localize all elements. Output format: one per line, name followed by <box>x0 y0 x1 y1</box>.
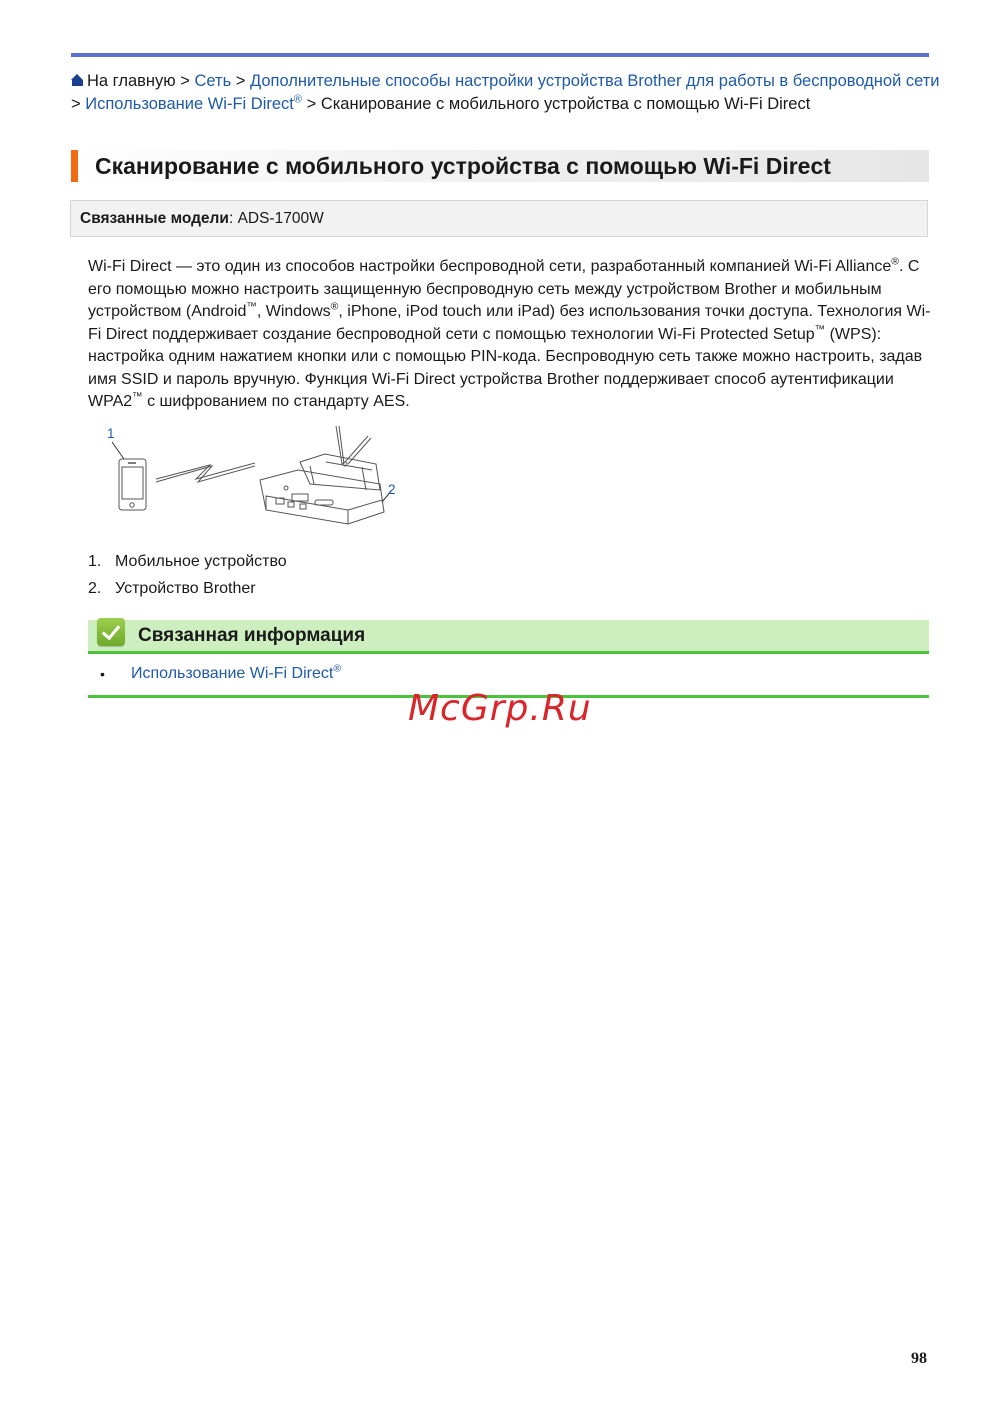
callout-1: 1 <box>107 426 115 441</box>
list-item: Использование Wi-Fi Direct® <box>113 663 341 685</box>
scanner-icon <box>260 426 392 524</box>
trademark-mark: ™ <box>246 301 257 313</box>
breadcrumb-network[interactable]: Сеть <box>194 72 231 90</box>
page-title-bar: Сканирование с мобильного устройства с п… <box>71 150 929 182</box>
related-models-value: ADS-1700W <box>238 210 324 227</box>
breadcrumb-separator: > <box>180 72 190 90</box>
registered-mark: ® <box>333 663 341 675</box>
breadcrumb-separator: > <box>307 95 317 113</box>
related-models-label: Связанные модели <box>80 210 229 227</box>
diagram-legend: 1.Мобильное устройство 2.Устройство Brot… <box>88 548 287 602</box>
breadcrumb-current: Сканирование с мобильного устройства с п… <box>321 95 811 113</box>
mobile-phone-icon <box>112 442 146 510</box>
wifi-direct-diagram: 1 2 <box>100 422 410 540</box>
callout-2: 2 <box>388 482 396 497</box>
title-accent-bar <box>71 150 78 182</box>
related-link-label: Использование Wi-Fi Direct <box>131 665 333 682</box>
check-icon <box>97 618 125 646</box>
page-title: Сканирование с мобильного устройства с п… <box>95 151 831 181</box>
registered-mark: ® <box>294 94 302 106</box>
breadcrumb-home[interactable]: На главную <box>87 72 176 90</box>
diagram-illustration <box>100 422 410 540</box>
legend-label: Мобильное устройство <box>115 553 287 570</box>
text-fragment: с шифрованием по стандарту AES. <box>143 393 410 410</box>
legend-number: 1. <box>88 548 115 575</box>
legend-item: 1.Мобильное устройство <box>88 548 287 575</box>
related-link-use-wifi-direct[interactable]: Использование Wi-Fi Direct® <box>131 665 341 682</box>
page-number: 98 <box>911 1350 927 1368</box>
breadcrumb-use-wifi-direct[interactable]: Использование Wi-Fi Direct® <box>85 95 302 113</box>
legend-number: 2. <box>88 575 115 602</box>
breadcrumb-advanced-wireless-setup[interactable]: Дополнительные способы настройки устройс… <box>250 72 940 90</box>
breadcrumb-separator: > <box>71 95 81 113</box>
top-rule <box>71 53 929 57</box>
related-info-header: Связанная информация <box>88 620 929 654</box>
related-models-separator: : <box>229 210 238 227</box>
related-models-box: Связанные модели: ADS-1700W <box>70 200 928 237</box>
breadcrumb-separator: > <box>236 72 246 90</box>
breadcrumb-use-wifi-direct-label: Использование Wi-Fi Direct <box>85 95 294 113</box>
description-paragraph: Wi-Fi Direct — это один из способов наст… <box>88 256 933 414</box>
wireless-signal-icon <box>156 466 255 482</box>
related-info-title: Связанная информация <box>138 623 365 649</box>
trademark-mark: ™ <box>132 391 143 403</box>
breadcrumb: На главную > Сеть > Дополнительные спосо… <box>71 70 941 116</box>
legend-label: Устройство Brother <box>115 580 256 597</box>
trademark-mark: ™ <box>815 323 826 335</box>
legend-item: 2.Устройство Brother <box>88 575 287 602</box>
watermark: McGrp.Ru <box>408 685 592 733</box>
registered-mark: ® <box>891 256 899 268</box>
text-fragment: , Windows <box>257 303 331 320</box>
text-fragment: Wi-Fi Direct — это один из способов наст… <box>88 258 891 275</box>
home-icon[interactable] <box>71 74 84 86</box>
related-info-list: Использование Wi-Fi Direct® <box>113 663 341 685</box>
